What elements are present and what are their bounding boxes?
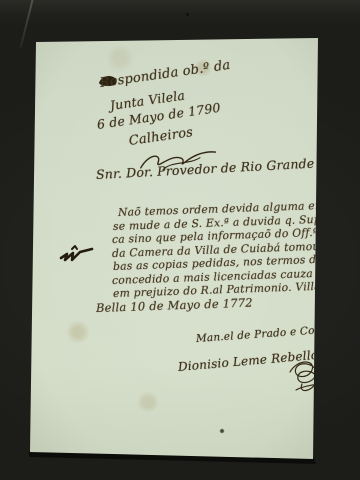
margin-squiggle-icon [58,241,96,265]
photograph-of-manuscript: Respondida ob.º da Junta Vilela 6 de May… [0,0,360,480]
annotation-line: Respondida ob.º da [99,58,231,91]
signature-line: Man.el de Prado e Corrêa [196,323,339,345]
backdrop-speck [186,13,189,16]
manuscript-sheet: Respondida ob.º da Junta Vilela 6 de May… [0,0,360,480]
backdrop-crease-line [20,0,35,47]
signature-rubric-icon [286,356,328,402]
